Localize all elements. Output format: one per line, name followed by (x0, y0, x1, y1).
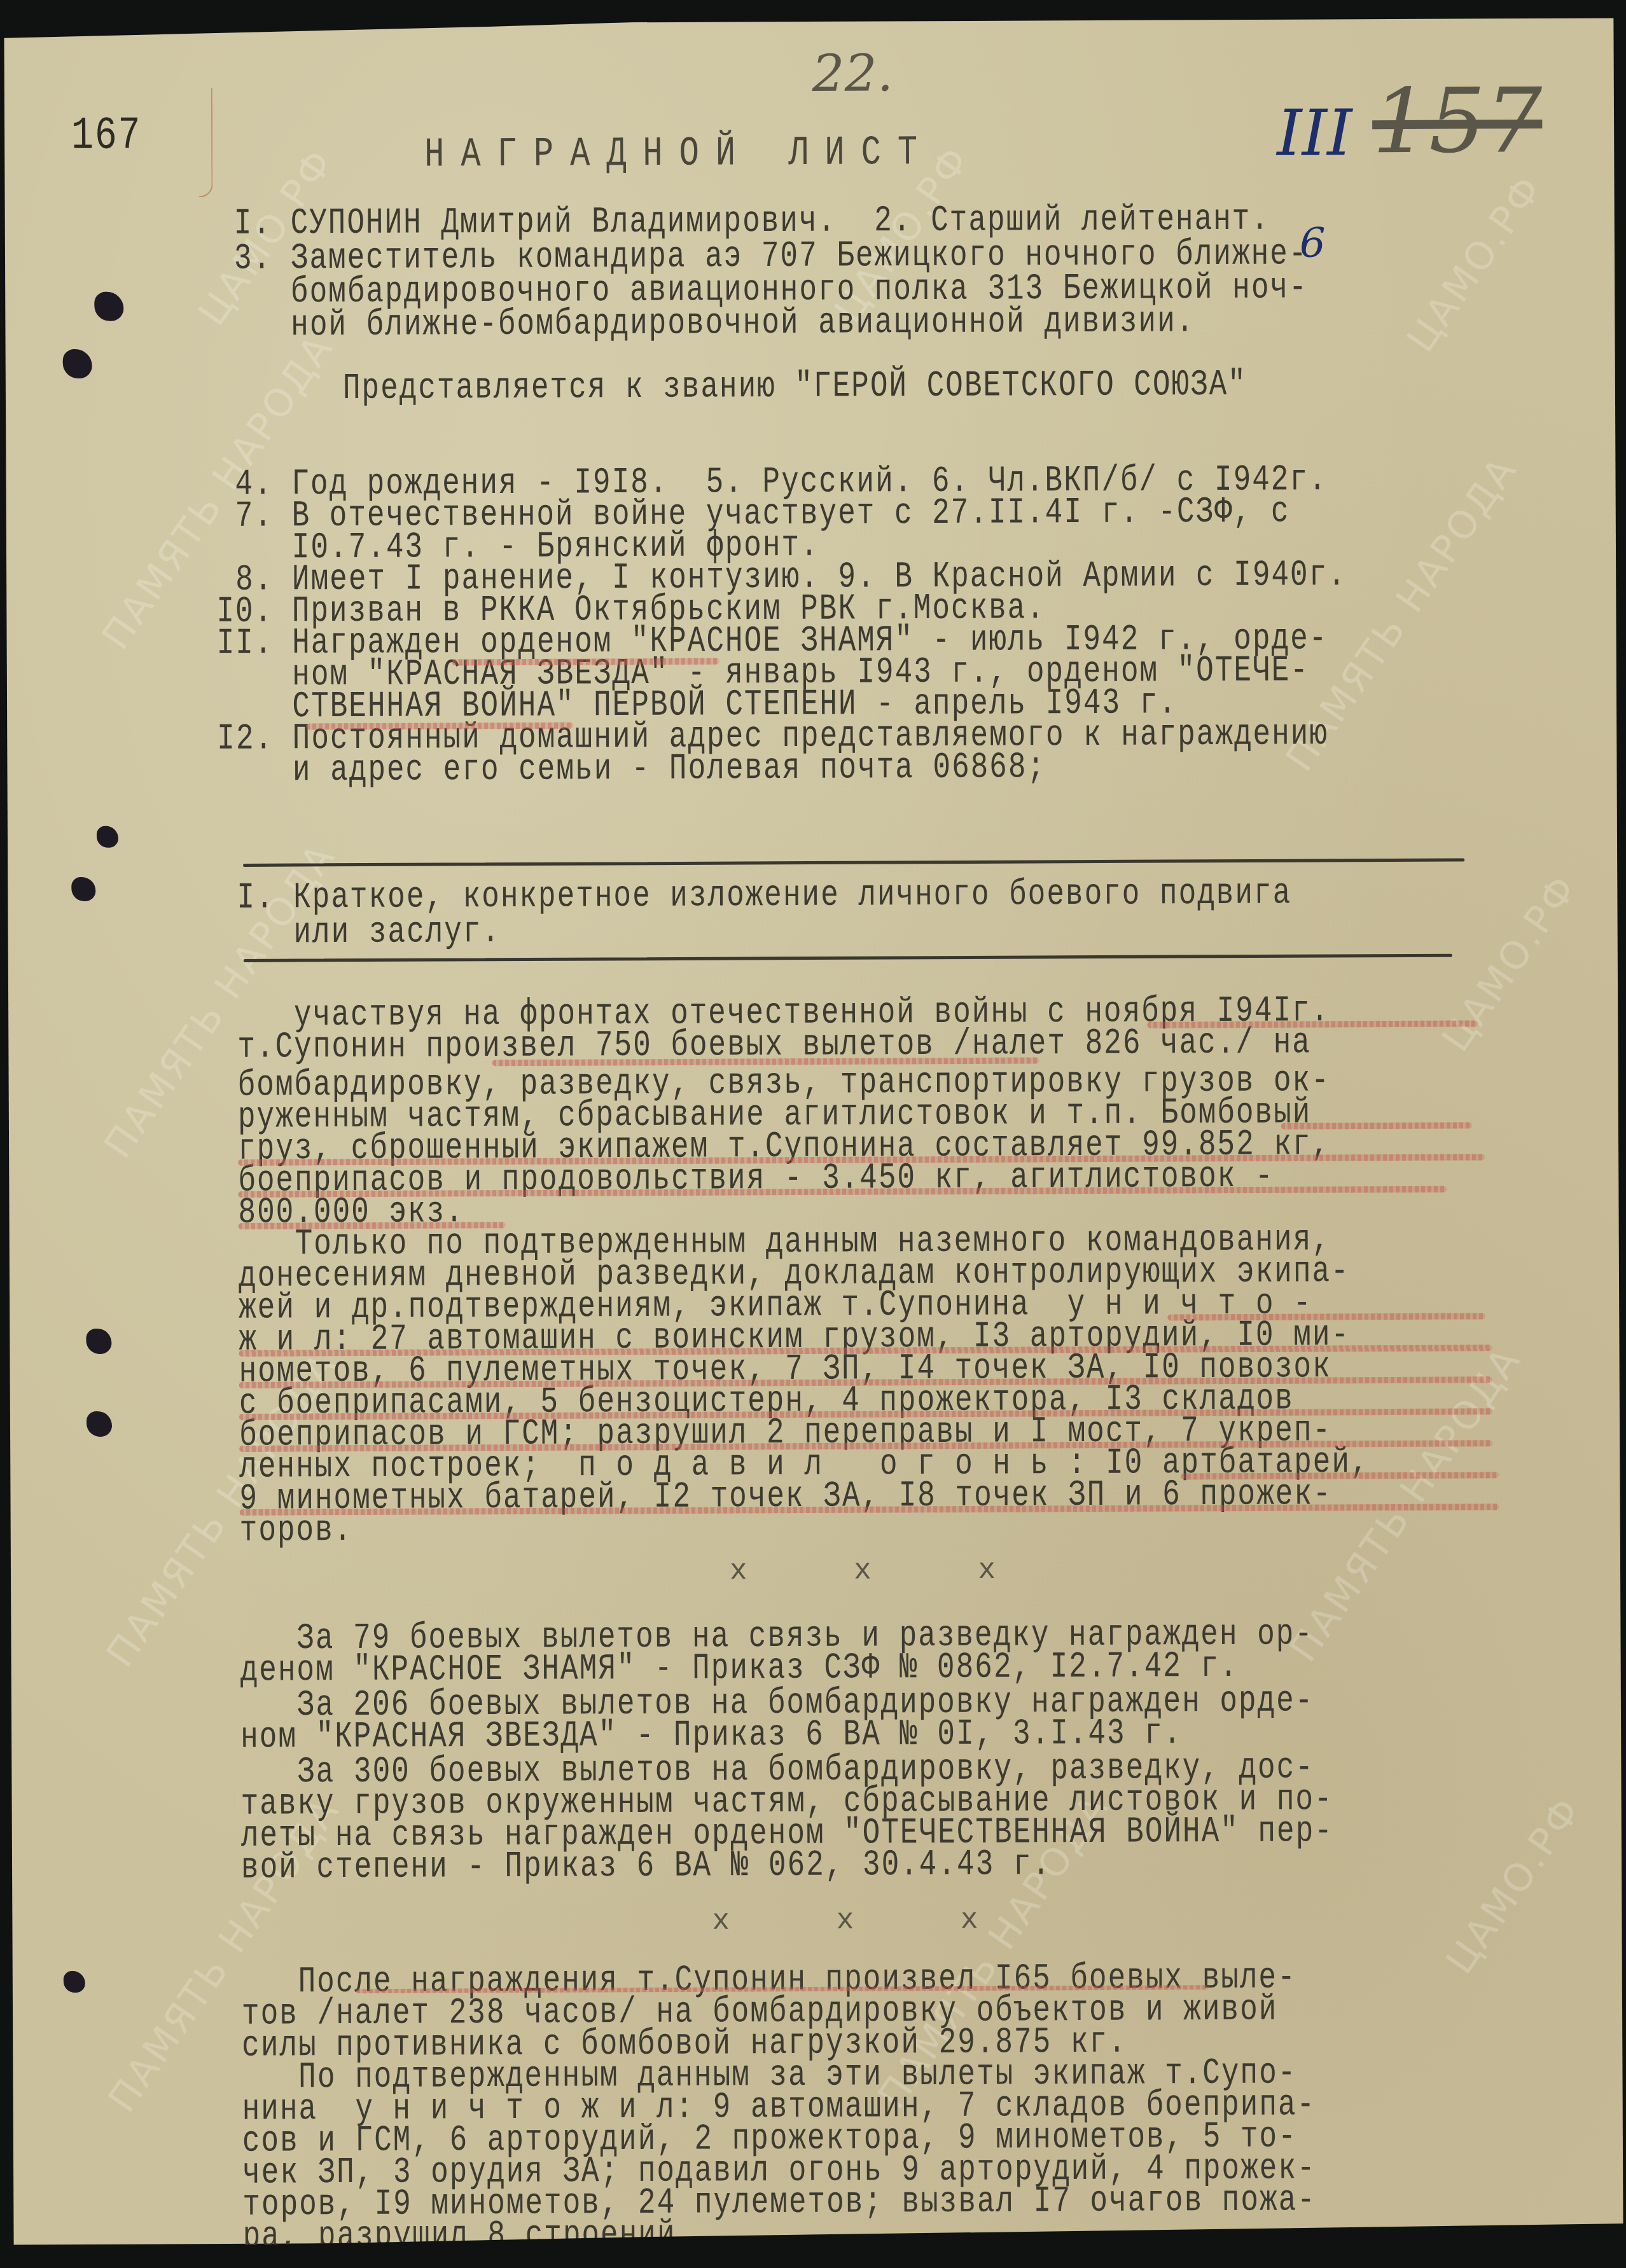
punch-hole (94, 292, 123, 321)
narrative-line: вой степени - Приказ 6 ВА № 062, 30.4.43… (241, 1846, 1051, 1886)
red-pencil-underline (1167, 1313, 1485, 1320)
margin-line (198, 88, 213, 197)
nomination-line: Представляется к званию "ГЕРОЙ СОВЕТСКОГ… (343, 366, 1247, 407)
red-pencil-underline (239, 1222, 506, 1229)
handwritten-crossed-number: 157 (1372, 69, 1543, 174)
red-pencil-underline (306, 723, 573, 730)
document-page: ЦАМО.РФ ЦАМО.РФ ЦАМО.РФ ПАМЯТЬ НАРОДА ПА… (4, 18, 1623, 2244)
punch-hole (64, 1971, 85, 1993)
red-pencil-underline (452, 658, 719, 666)
handwritten-correction: 6 (1300, 219, 1326, 266)
section-heading-line: I. Краткое, конкретное изложение личного… (237, 875, 1291, 916)
narrative-line: торов. (240, 1512, 353, 1549)
divider (243, 859, 1464, 867)
red-pencil-underline (1281, 1122, 1472, 1129)
watermark: ЦАМО.РФ (1433, 866, 1587, 1060)
info-line: и адрес его семьи - Полевая почта 06868; (217, 749, 1046, 789)
punch-hole (86, 1329, 111, 1354)
divider (244, 954, 1452, 962)
document-title: НАГРАДНОЙ ЛИСТ (424, 132, 934, 176)
section-heading-line: или заслуг. (237, 913, 501, 951)
watermark: ЦАМО.РФ (1438, 1788, 1591, 1982)
section-separator: x x x (730, 1553, 1040, 1587)
header-line: ной ближне-бомбардировочной авиационной … (234, 303, 1195, 343)
punch-hole (87, 1411, 112, 1437)
punch-hole (71, 877, 95, 901)
red-pencil-underline (1181, 1472, 1499, 1479)
handwritten-tally: III (1277, 95, 1352, 170)
archive-sheet-number: 167 (71, 114, 142, 160)
red-pencil-underline (1147, 1020, 1478, 1028)
handwritten-page-number: 22. (812, 43, 894, 103)
punch-hole (63, 349, 92, 378)
watermark: ЦАМО.РФ (1398, 167, 1552, 360)
section-separator: x x x (712, 1904, 1022, 1938)
punch-hole (97, 826, 118, 848)
